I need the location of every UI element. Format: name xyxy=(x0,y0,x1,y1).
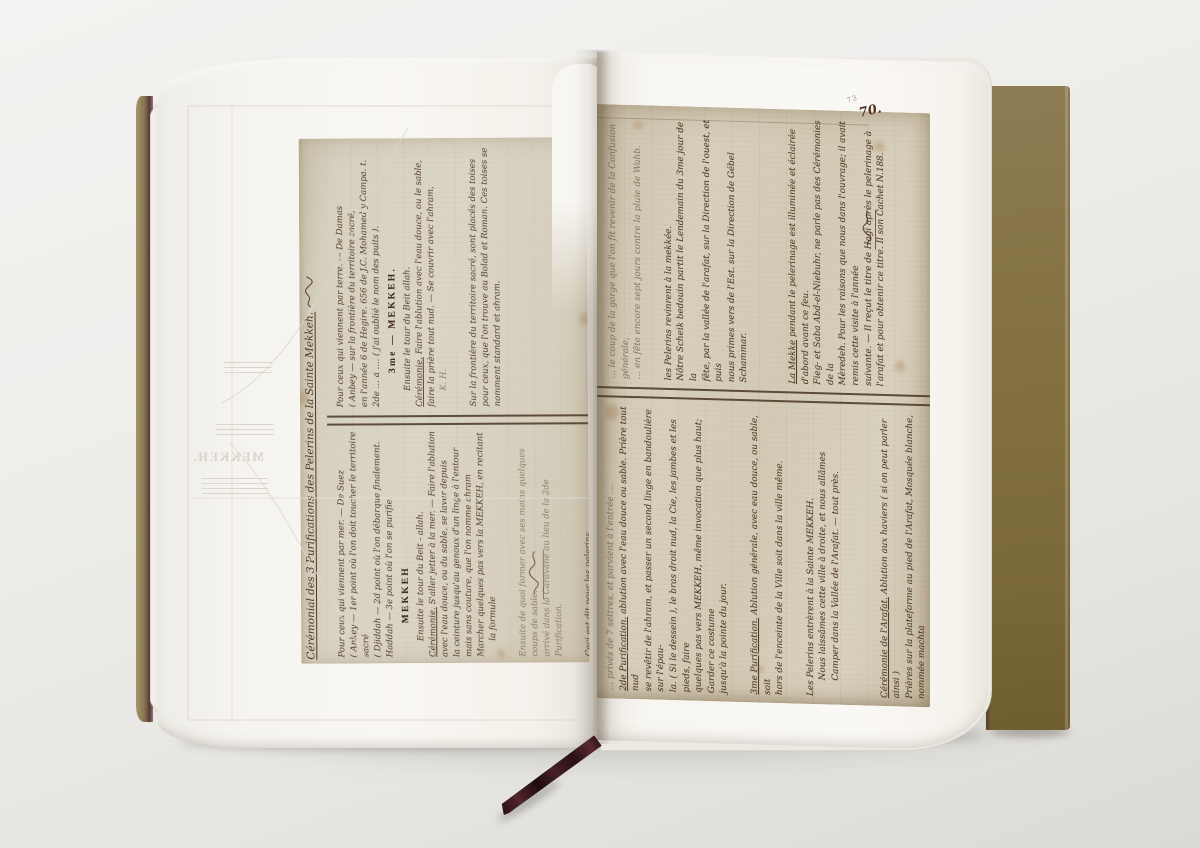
manuscript-line: suivante. — Il reçut le titre de Hagi ap… xyxy=(863,119,876,386)
manuscript-line: Camper dans la Vallée de l'Arafat. — tou… xyxy=(830,404,843,681)
manuscript-line: … privés de 7 settres, et parvient à l'e… xyxy=(605,397,618,690)
manuscript-line: à la chapelle, le Scheik récite à la pla… xyxy=(929,407,930,700)
left-page[interactable]: MEKKEH. Cérémonial des 3 Purifications d… xyxy=(158,58,598,748)
manuscript-line: K. H. xyxy=(437,146,450,391)
manuscript-line: Ensuite de quoi former avec ses mains qu… xyxy=(516,425,541,657)
manuscript-line: nomment standard et ahram. xyxy=(491,146,504,407)
manuscript-line: ( Djiddah — 2d point où l'on débarque fi… xyxy=(371,426,384,658)
manuscript-table: Pour ceux qui viennent par mer. — De Sue… xyxy=(326,137,590,663)
manuscript-line: nous primes vers de l'Est. sur la Direct… xyxy=(726,116,751,383)
arabic-inscription-icon xyxy=(527,549,544,599)
ghost-text-block xyxy=(224,358,272,373)
manuscript-line: Marcher quelques pas vers la MEKKEH, en … xyxy=(474,425,487,657)
manuscript-line: Cérémonie.Faire l'ablution avec l'eau do… xyxy=(413,146,426,407)
table-rule xyxy=(327,414,589,426)
manuscript-line: la formule xyxy=(486,425,499,641)
photo-background: MEKKEH. Cérémonial des 3 Purifications d… xyxy=(0,0,1200,848)
manuscript-line: La Mekkependant le pelerinage est illumi… xyxy=(787,117,812,384)
manuscript-line: 2de … a .... ( j'ai oublié le nom des pu… xyxy=(370,146,383,407)
manuscript-line: 3me Purification.Ablution générale, avec… xyxy=(749,401,774,694)
manuscript-column-suite: … le coup de la gorge que l'on fit reven… xyxy=(597,104,930,396)
manuscript-line: fête, par la vallée de l'arafat, sur la … xyxy=(701,115,726,382)
manuscript-column-par-mer: Pour ceux qui viennent par mer. — De Sue… xyxy=(327,425,589,664)
manuscript-title: Cérémonial des 3 Purifications des Peler… xyxy=(299,139,329,664)
left-manuscript-reproduction: Cérémonial des 3 Purifications des Peler… xyxy=(299,137,590,664)
manuscript-line: les Pelerins revinrent à la mekkée. xyxy=(663,114,676,381)
manuscript-line: … en fête encore sept jours contre la pl… xyxy=(632,113,645,380)
pencil-mark: 73 xyxy=(846,94,859,105)
manuscript-line: la ceinture jusqu'au genoux d'un linge à… xyxy=(450,425,463,657)
ghost-text-block xyxy=(216,420,274,435)
manuscript-line: Fieg- et Saba Abd-el-Niebuhr, ne parle p… xyxy=(812,118,837,385)
arabic-inscription-icon xyxy=(861,209,876,249)
manuscript-line: ( Ankey — 1er point où l'on doit toucher… xyxy=(347,426,372,658)
manuscript-column-purifications: … privés de 7 settres, et parvient à l'e… xyxy=(597,397,930,707)
manuscript-line: arrivé dans la Caravane au lieu de la 2d… xyxy=(540,425,565,657)
manuscript-line: pour ceux, que l'on trouve au Bolad et R… xyxy=(479,146,492,407)
manuscript-line: Haddah — 3e point où l'on se purifie. xyxy=(383,426,396,658)
manuscript-line: en l'année 6 de Hegire. 656 de J.C. Moha… xyxy=(358,146,371,407)
ghost-text-block xyxy=(202,474,268,494)
manuscript-line: Ceci est dit pour les pelerins. xyxy=(582,425,589,657)
manuscript-line: se revêtir de l'ahram, et passer un seco… xyxy=(643,399,668,692)
manuscript-line: hors de l'enceinte de la Ville soit dans… xyxy=(774,402,787,695)
right-manuscript-reproduction: … privés de 7 settres, et parvient à l'e… xyxy=(597,104,930,707)
right-page[interactable]: … privés de 7 settres, et parvient à l'e… xyxy=(597,52,988,751)
ghost-map-title: MEKKEH. xyxy=(192,450,264,465)
manuscript-line: Mèredeh. Pour les raisons que nous dans … xyxy=(837,119,862,386)
manuscript-line: l'arafat et pour obtenir ce titre. Il so… xyxy=(875,120,888,387)
manuscript-line: quelques pas vers MEKKEH, même invocatio… xyxy=(693,400,718,693)
manuscript-line: Prières sur la plateforme au pied de l'A… xyxy=(904,406,929,699)
arabic-inscription-icon xyxy=(302,275,314,309)
manuscript-column-par-terre: Pour ceux qui viennent par terre. — De D… xyxy=(326,137,589,415)
manuscript-line: 3me — MEKKEH. xyxy=(386,146,399,373)
manuscript-line: Nôtre Scheik bedouin partit le Lendemain… xyxy=(675,114,700,381)
manuscript-line: Ensuite le tour du Beit - allah. xyxy=(414,426,427,642)
manuscript-table: … privés de 7 settres, et parvient à l'e… xyxy=(597,104,930,707)
manuscript-line: jusqu'à la pointe du jour. xyxy=(718,401,731,694)
manuscript-line: Cérémonie de l'Arafat.Ablution aux havie… xyxy=(879,405,904,698)
manuscript-line: Nous laissâmes cette ville à droite, et … xyxy=(817,403,830,680)
manuscript-line: MEKKEH xyxy=(399,426,412,624)
book-back-cover xyxy=(986,86,1070,730)
manuscript-line: … le coup de la gorge que l'on fit reven… xyxy=(607,112,632,379)
manuscript-line: la. ( Si le dessein ), le bras droit nud… xyxy=(668,399,693,692)
manuscript-line: Les Pelerins entrèrent à la Sainte MEKKE… xyxy=(805,403,818,696)
manuscript-line: 2de Purification.ablution avec l'eau dou… xyxy=(618,398,643,691)
